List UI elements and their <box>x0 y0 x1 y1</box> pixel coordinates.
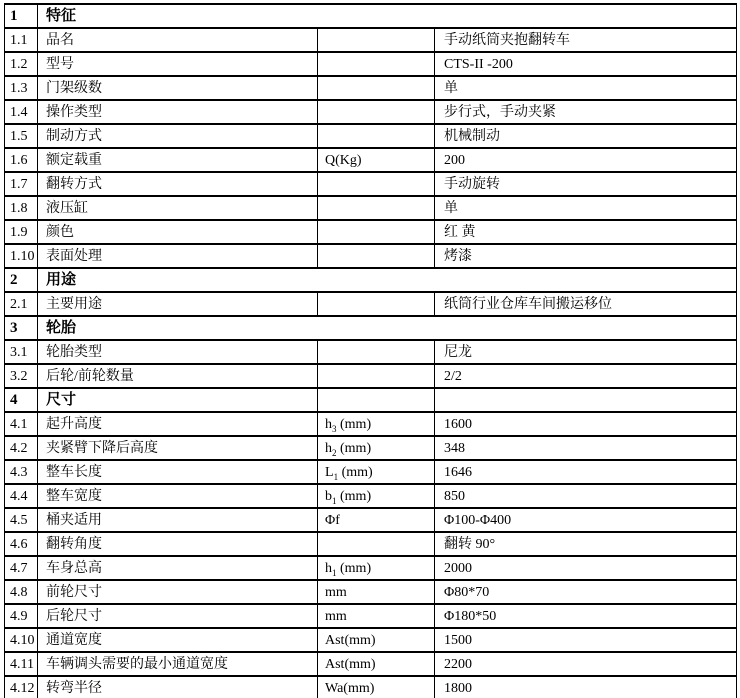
spec-unit: h3 (mm) <box>318 412 435 436</box>
spec-unit: h2 (mm) <box>318 436 435 460</box>
spec-value: 手动旋转 <box>435 172 737 196</box>
spec-label: 翻转方式 <box>38 172 318 196</box>
spec-value: Φ100-Φ400 <box>435 508 737 532</box>
table-row: 4.2夹紧臂下降后高度h2 (mm)348 <box>5 436 737 460</box>
spec-value: 1646 <box>435 460 737 484</box>
spec-value: 单 <box>435 196 737 220</box>
spec-value: 翻转 90° <box>435 532 737 556</box>
spec-label: 夹紧臂下降后高度 <box>38 436 318 460</box>
spec-unit <box>318 388 435 412</box>
spec-unit <box>318 124 435 148</box>
table-row: 1.7翻转方式手动旋转 <box>5 172 737 196</box>
spec-value: 1600 <box>435 412 737 436</box>
table-row: 3.1轮胎类型尼龙 <box>5 340 737 364</box>
table-row: 1.3门架级数单 <box>5 76 737 100</box>
spec-label: 表面处理 <box>38 244 318 268</box>
row-number: 4.4 <box>5 484 38 508</box>
spec-label: 轮胎类型 <box>38 340 318 364</box>
row-number: 4.5 <box>5 508 38 532</box>
spec-label: 桶夹适用 <box>38 508 318 532</box>
spec-unit <box>318 172 435 196</box>
row-number: 3.2 <box>5 364 38 388</box>
spec-unit: h1 (mm) <box>318 556 435 580</box>
spec-unit: mm <box>318 604 435 628</box>
spec-value: 1500 <box>435 628 737 652</box>
section-number: 3 <box>5 316 38 340</box>
table-row: 4.5桶夹适用ΦfΦ100-Φ400 <box>5 508 737 532</box>
table-row: 4.7车身总高h1 (mm)2000 <box>5 556 737 580</box>
table-row: 4.6翻转角度翻转 90° <box>5 532 737 556</box>
spec-value <box>435 388 737 412</box>
spec-label: 起升高度 <box>38 412 318 436</box>
table-row: 1.8液压缸单 <box>5 196 737 220</box>
spec-label: 车身总高 <box>38 556 318 580</box>
spec-unit <box>318 244 435 268</box>
row-number: 1.3 <box>5 76 38 100</box>
spec-value: 850 <box>435 484 737 508</box>
table-row: 3.2后轮/前轮数量2/2 <box>5 364 737 388</box>
spec-label: 颜色 <box>38 220 318 244</box>
row-number: 4.2 <box>5 436 38 460</box>
spec-label: 整车宽度 <box>38 484 318 508</box>
table-row: 4.8前轮尺寸mmΦ80*70 <box>5 580 737 604</box>
row-number: 4.12 <box>5 676 38 698</box>
row-number: 3.1 <box>5 340 38 364</box>
spec-unit <box>318 340 435 364</box>
spec-unit: Φf <box>318 508 435 532</box>
row-number: 1.2 <box>5 52 38 76</box>
row-number: 1.10 <box>5 244 38 268</box>
spec-value: 尼龙 <box>435 340 737 364</box>
row-number: 1.6 <box>5 148 38 172</box>
spec-label: 前轮尺寸 <box>38 580 318 604</box>
spec-value: Φ180*50 <box>435 604 737 628</box>
row-number: 1.7 <box>5 172 38 196</box>
spec-label: 型号 <box>38 52 318 76</box>
spec-unit: L1 (mm) <box>318 460 435 484</box>
section-title: 尺寸 <box>38 388 318 412</box>
spec-value: CTS-II -200 <box>435 52 737 76</box>
section-number: 4 <box>5 388 38 412</box>
spec-unit: Q(Kg) <box>318 148 435 172</box>
spec-unit: Wa(mm) <box>318 676 435 698</box>
row-number: 1.8 <box>5 196 38 220</box>
spec-unit <box>318 364 435 388</box>
spec-label: 操作类型 <box>38 100 318 124</box>
spec-unit <box>318 28 435 52</box>
row-number: 4.3 <box>5 460 38 484</box>
spec-unit <box>318 76 435 100</box>
row-number: 1.9 <box>5 220 38 244</box>
spec-unit: mm <box>318 580 435 604</box>
spec-value: 348 <box>435 436 737 460</box>
spec-value: Φ80*70 <box>435 580 737 604</box>
spec-label: 液压缸 <box>38 196 318 220</box>
section-number: 2 <box>5 268 38 292</box>
row-number: 4.8 <box>5 580 38 604</box>
section-title: 轮胎 <box>38 316 737 340</box>
row-number: 4.6 <box>5 532 38 556</box>
specification-table: 1特征1.1品名手动纸筒夹抱翻转车1.2型号CTS-II -2001.3门架级数… <box>4 3 737 698</box>
spec-value: 手动纸筒夹抱翻转车 <box>435 28 737 52</box>
row-number: 4.10 <box>5 628 38 652</box>
spec-value: 步行式，手动夹紧 <box>435 100 737 124</box>
spec-unit: Ast(mm) <box>318 628 435 652</box>
unit-subscript: 3 <box>332 423 337 433</box>
spec-value: 单 <box>435 76 737 100</box>
section-title: 特征 <box>38 4 737 28</box>
spec-table-body: 1特征1.1品名手动纸筒夹抱翻转车1.2型号CTS-II -2001.3门架级数… <box>5 4 737 698</box>
spec-label: 门架级数 <box>38 76 318 100</box>
unit-subscript: 2 <box>332 447 337 457</box>
section-number: 1 <box>5 4 38 28</box>
section-row: 4尺寸 <box>5 388 737 412</box>
spec-value: 2/2 <box>435 364 737 388</box>
spec-value: 纸筒行业仓库车间搬运移位 <box>435 292 737 316</box>
spec-value: 2200 <box>435 652 737 676</box>
spec-label: 车辆调头需要的最小通道宽度 <box>38 652 318 676</box>
unit-subscript: 1 <box>334 471 339 481</box>
table-row: 4.11车辆调头需要的最小通道宽度Ast(mm)2200 <box>5 652 737 676</box>
unit-subscript: 1 <box>332 567 337 577</box>
row-number: 4.9 <box>5 604 38 628</box>
spec-unit: Ast(mm) <box>318 652 435 676</box>
spec-unit <box>318 52 435 76</box>
spec-label: 制动方式 <box>38 124 318 148</box>
row-number: 1.5 <box>5 124 38 148</box>
row-number: 4.7 <box>5 556 38 580</box>
spec-value: 2000 <box>435 556 737 580</box>
unit-subscript: 1 <box>332 495 337 505</box>
row-number: 1.4 <box>5 100 38 124</box>
spec-label: 通道宽度 <box>38 628 318 652</box>
spec-unit <box>318 100 435 124</box>
table-row: 4.9后轮尺寸mmΦ180*50 <box>5 604 737 628</box>
spec-value: 机械制动 <box>435 124 737 148</box>
row-number: 4.1 <box>5 412 38 436</box>
spec-label: 主要用途 <box>38 292 318 316</box>
section-row: 2用途 <box>5 268 737 292</box>
spec-unit <box>318 220 435 244</box>
spec-label: 后轮尺寸 <box>38 604 318 628</box>
spec-value: 1800 <box>435 676 737 698</box>
spec-unit <box>318 292 435 316</box>
table-row: 4.4整车宽度b1 (mm)850 <box>5 484 737 508</box>
spec-label: 品名 <box>38 28 318 52</box>
table-row: 1.4操作类型步行式，手动夹紧 <box>5 100 737 124</box>
table-row: 1.2型号CTS-II -200 <box>5 52 737 76</box>
table-row: 1.6额定载重Q(Kg)200 <box>5 148 737 172</box>
table-row: 1.9颜色红 黄 <box>5 220 737 244</box>
section-row: 3轮胎 <box>5 316 737 340</box>
table-row: 2.1主要用途纸筒行业仓库车间搬运移位 <box>5 292 737 316</box>
spec-label: 转弯半径 <box>38 676 318 698</box>
table-row: 4.3整车长度L1 (mm)1646 <box>5 460 737 484</box>
spec-unit <box>318 196 435 220</box>
document-page: 1特征1.1品名手动纸筒夹抱翻转车1.2型号CTS-II -2001.3门架级数… <box>0 0 740 698</box>
row-number: 2.1 <box>5 292 38 316</box>
table-row: 4.10通道宽度Ast(mm)1500 <box>5 628 737 652</box>
spec-label: 翻转角度 <box>38 532 318 556</box>
spec-value: 烤漆 <box>435 244 737 268</box>
row-number: 1.1 <box>5 28 38 52</box>
spec-label: 整车长度 <box>38 460 318 484</box>
table-row: 4.12转弯半径Wa(mm)1800 <box>5 676 737 698</box>
section-row: 1特征 <box>5 4 737 28</box>
spec-unit: b1 (mm) <box>318 484 435 508</box>
row-number: 4.11 <box>5 652 38 676</box>
spec-value: 红 黄 <box>435 220 737 244</box>
spec-label: 额定载重 <box>38 148 318 172</box>
table-row: 1.5制动方式机械制动 <box>5 124 737 148</box>
spec-unit <box>318 532 435 556</box>
table-row: 4.1起升高度h3 (mm)1600 <box>5 412 737 436</box>
spec-label: 后轮/前轮数量 <box>38 364 318 388</box>
section-title: 用途 <box>38 268 737 292</box>
table-row: 1.10表面处理烤漆 <box>5 244 737 268</box>
table-row: 1.1品名手动纸筒夹抱翻转车 <box>5 28 737 52</box>
spec-value: 200 <box>435 148 737 172</box>
